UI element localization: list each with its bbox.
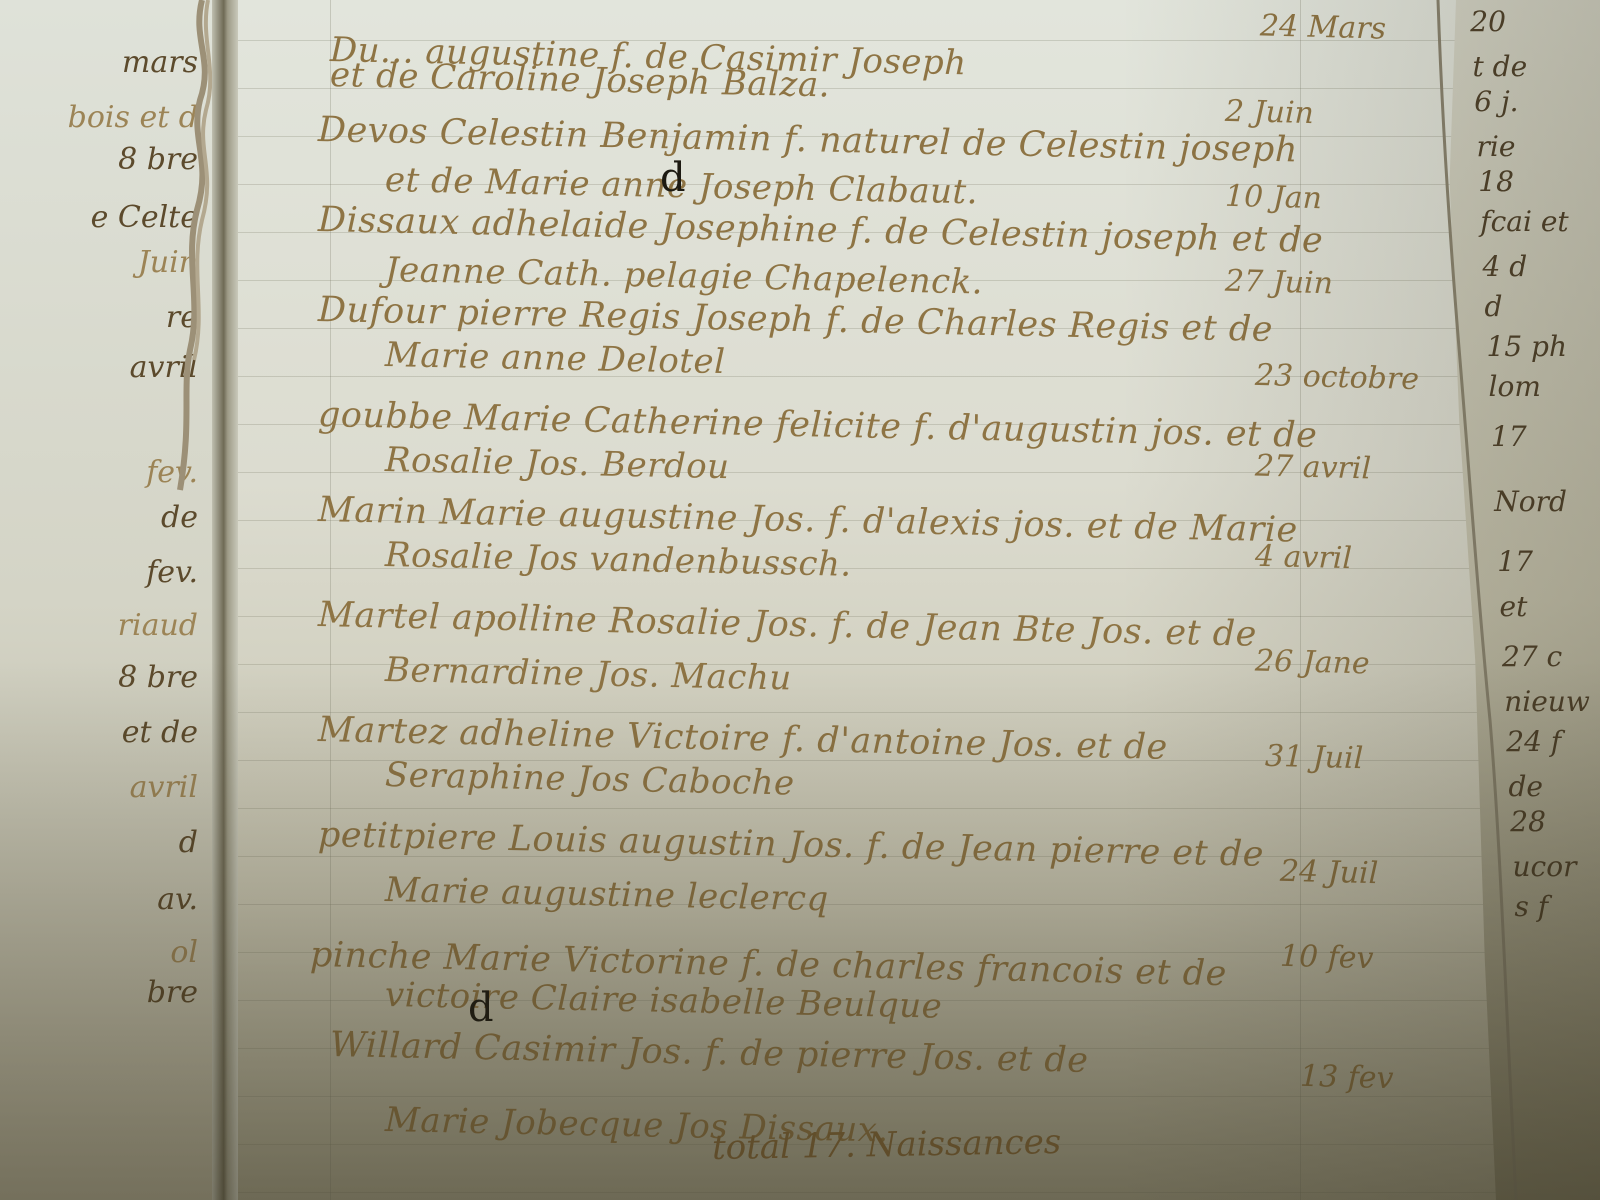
next-page-word: et bbox=[1500, 590, 1528, 623]
next-page-word: d bbox=[1485, 290, 1503, 323]
register-entry-date: 31 Juil bbox=[1265, 739, 1364, 777]
register-entry-date: 27 avril bbox=[1255, 448, 1372, 486]
register-entry-date: 10 fev bbox=[1280, 939, 1374, 976]
register-entry-date: 10 Jan bbox=[1225, 179, 1323, 217]
main-page: Du... augustine f. de Casimir Josephet d… bbox=[238, 0, 1500, 1200]
register-entry-continuation: Bernardine Jos. Machu bbox=[385, 650, 793, 699]
correction-mark: d bbox=[468, 985, 494, 1031]
next-page-word: 15 ph bbox=[1487, 330, 1568, 363]
next-page-word: de bbox=[1509, 770, 1544, 803]
next-page-word: t de bbox=[1473, 50, 1528, 83]
register-entry-date: 24 Juil bbox=[1280, 854, 1379, 892]
next-page-word: Nord bbox=[1494, 485, 1567, 518]
next-page-word: 17 bbox=[1497, 545, 1533, 578]
register-entry-date: 2 Juin bbox=[1225, 94, 1315, 131]
next-page-word: 27 c bbox=[1502, 640, 1562, 673]
left-margin-word: av. bbox=[157, 882, 198, 917]
register-entry-date: 23 octobre bbox=[1255, 358, 1420, 397]
register-entry-date: 4 avril bbox=[1255, 539, 1353, 577]
total-label: total bbox=[712, 1126, 802, 1168]
next-page-word: 28 bbox=[1510, 805, 1546, 838]
next-page-word: ucor bbox=[1513, 850, 1577, 883]
register-entry-continuation: Marie augustine leclercq bbox=[385, 870, 830, 919]
next-page-word: 4 d bbox=[1483, 250, 1528, 283]
register-entry-continuation: Seraphine Jos Caboche bbox=[385, 755, 795, 804]
register-entry-name: Martel apolline Rosalie Jos. f. de Jean … bbox=[318, 595, 1258, 655]
register-total: total 17. Naissances bbox=[712, 1122, 1062, 1168]
next-page-word: 18 bbox=[1478, 165, 1514, 198]
left-margin-word: 8 bre bbox=[118, 660, 198, 695]
register-photograph: marsbois et d8 bree CelteJuinreavrilfev.… bbox=[0, 0, 1600, 1200]
left-margin-word: fev. bbox=[146, 555, 198, 590]
left-margin-word: avril bbox=[130, 770, 198, 805]
ruled-line bbox=[238, 1192, 1500, 1193]
register-entry-name: petitpiere Louis augustin Jos. f. de Jea… bbox=[318, 815, 1265, 875]
register-entry-continuation: Marie anne Delotel bbox=[385, 335, 726, 382]
register-entry-date: 24 Mars bbox=[1260, 8, 1387, 46]
ruled-line bbox=[238, 1096, 1500, 1097]
register-entry-date: 13 fev bbox=[1300, 1059, 1394, 1096]
next-page-word: lom bbox=[1489, 370, 1541, 403]
left-margin-word: riaud bbox=[118, 608, 198, 643]
next-page-word: s f bbox=[1515, 890, 1549, 923]
next-page-word: nieuw bbox=[1504, 685, 1590, 718]
next-page-word: 6 j. bbox=[1474, 85, 1518, 118]
register-entry-date: 27 Juin bbox=[1225, 264, 1334, 302]
next-page-word: 20 bbox=[1470, 5, 1506, 38]
correction-mark: d bbox=[660, 155, 686, 201]
next-page-word: rie bbox=[1477, 130, 1516, 163]
register-entry-date: 26 Jane bbox=[1255, 644, 1371, 682]
register-entry-continuation: Rosalie Jos vandenbussch. bbox=[385, 535, 853, 585]
ruled-line bbox=[238, 808, 1500, 809]
next-page-word: 24 f bbox=[1506, 725, 1561, 758]
left-margin-word: bre bbox=[147, 975, 198, 1010]
left-margin-word: ol bbox=[170, 935, 198, 970]
total-word: Naissances bbox=[866, 1122, 1061, 1165]
total-count: 17. bbox=[801, 1125, 867, 1166]
register-entry-continuation: Rosalie Jos. Berdou bbox=[385, 440, 730, 487]
left-margin-word: et de bbox=[122, 715, 198, 750]
next-page-word: fcai et bbox=[1480, 205, 1568, 238]
register-entry-name: Willard Casimir Jos. f. de pierre Jos. e… bbox=[330, 1025, 1089, 1081]
left-margin-word: d bbox=[179, 825, 198, 860]
left-margin-word: de bbox=[161, 500, 198, 535]
book-gutter bbox=[212, 0, 238, 1200]
next-page-word: 17 bbox=[1491, 420, 1527, 453]
